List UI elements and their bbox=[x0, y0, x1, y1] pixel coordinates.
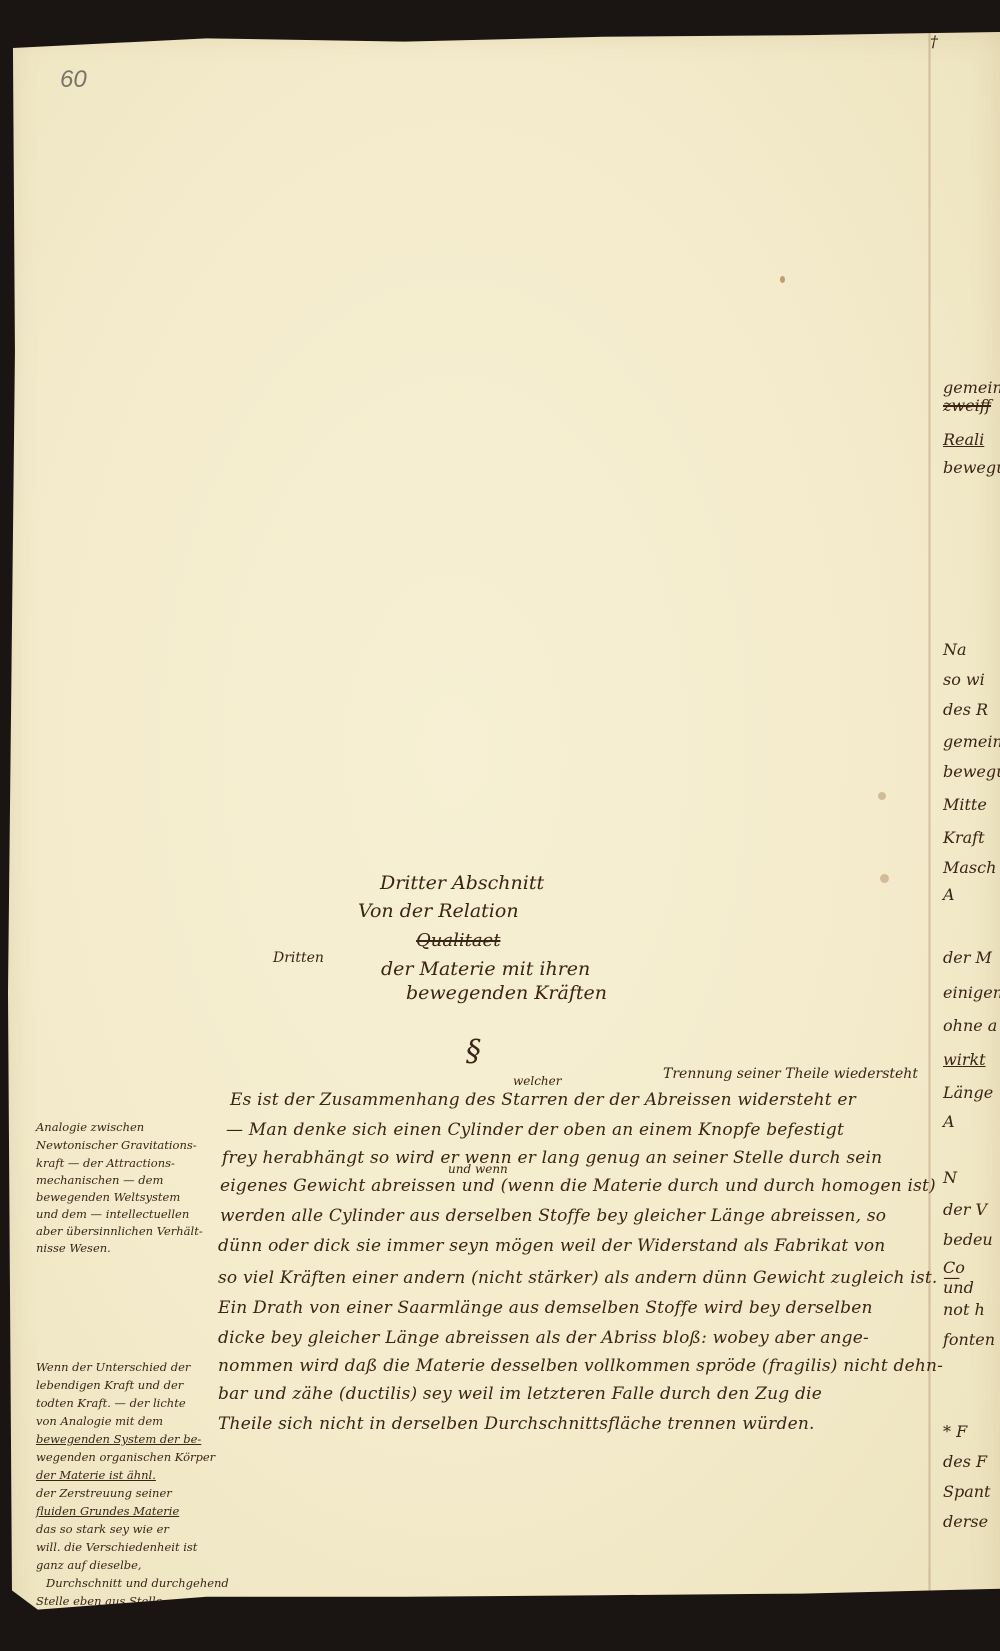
margin-line: will. die Verschiedenheit ist bbox=[36, 1542, 197, 1554]
margin-line: kraft — der Attractions- bbox=[36, 1158, 175, 1170]
right-page-text-fragment: so wi bbox=[943, 670, 985, 689]
heading-struck-word: Qualitaet bbox=[416, 930, 500, 951]
heading-line-2: Von der Relation bbox=[358, 900, 519, 922]
right-page-text-fragment: derse bbox=[943, 1512, 988, 1531]
heading-line-1: Dritter Abschnitt bbox=[380, 872, 544, 894]
margin-line: bewegenden Weltsystem bbox=[36, 1192, 180, 1204]
margin-line: schwer der Figur zu ändern bbox=[36, 1614, 199, 1626]
right-page-text-fragment: des F bbox=[943, 1452, 987, 1471]
right-page-text-fragment: not h bbox=[943, 1300, 985, 1319]
folio-number: 60 bbox=[60, 66, 87, 94]
right-page-text-fragment: fonten bbox=[943, 1330, 995, 1349]
body-line: werden alle Cylinder aus derselben Stoff… bbox=[220, 1206, 886, 1226]
right-page-text-fragment: gemein bbox=[943, 732, 1000, 751]
heading-side-label: Dritten bbox=[273, 950, 324, 966]
margin-line: ganz auf dieselbe, bbox=[36, 1560, 142, 1572]
right-page-text-fragment: und bbox=[943, 1278, 974, 1297]
right-page-text-fragment: gemein bbox=[943, 378, 1000, 397]
body-line: — Man denke sich einen Cylinder der oben… bbox=[226, 1120, 844, 1140]
heading-line-5: bewegenden Kräften bbox=[406, 982, 607, 1004]
right-page-mark: † bbox=[930, 32, 938, 51]
margin-line: bewegenden System der be- bbox=[36, 1434, 201, 1446]
insertion: Trennung seiner Theile wiedersteht bbox=[663, 1066, 918, 1082]
right-page-text-fragment: Kraft bbox=[943, 828, 985, 847]
right-page-text-fragment: Reali bbox=[943, 430, 984, 449]
right-page-text-fragment: einigen bbox=[943, 983, 1000, 1002]
heading-line-4: der Materie mit ihren bbox=[381, 958, 590, 980]
page-fold bbox=[928, 32, 931, 1632]
right-page-text-fragment: A bbox=[943, 885, 955, 904]
margin-line: Wenn der Unterschied der bbox=[36, 1362, 190, 1374]
margin-line: Durchschnitt und durchgehend bbox=[46, 1578, 229, 1590]
insertion: welcher bbox=[513, 1074, 562, 1088]
body-line: eigenes Gewicht abreissen und (wenn die … bbox=[220, 1176, 936, 1196]
stain bbox=[878, 792, 886, 800]
right-page-text-fragment: Mitte bbox=[943, 795, 987, 814]
manuscript-page: 60 † Dritter Abschnitt Von der Relation … bbox=[8, 32, 1000, 1632]
margin-line: fluiden Grundes Materie bbox=[36, 1506, 179, 1518]
right-page-text-fragment: bewegu bbox=[943, 458, 1000, 477]
body-line: dicke bey gleicher Länge abreissen als d… bbox=[218, 1328, 869, 1348]
margin-line: und dem — intellectuellen bbox=[36, 1209, 189, 1221]
section-symbol: § bbox=[466, 1034, 481, 1069]
stain bbox=[880, 874, 889, 883]
margin-line: Stelle eben aus Stelle bbox=[36, 1596, 162, 1608]
right-page-text-fragment: wirkt bbox=[943, 1050, 986, 1069]
right-page-text-fragment: Länge bbox=[943, 1083, 993, 1102]
right-page-text-fragment: zweiff bbox=[943, 396, 991, 415]
right-page-text-fragment: bewegu bbox=[943, 762, 1000, 781]
margin-line: Analogie zwischen bbox=[36, 1122, 144, 1134]
body-line: Theile sich nicht in derselben Durchschn… bbox=[218, 1414, 815, 1434]
margin-line: der Zerstreuung seiner bbox=[36, 1488, 172, 1500]
right-page-text-fragment: * F bbox=[943, 1422, 967, 1441]
ink-spot bbox=[780, 276, 785, 283]
right-page-text-fragment: N bbox=[943, 1168, 957, 1187]
margin-line: wegenden organischen Körper bbox=[36, 1452, 215, 1464]
body-line: Ein Drath von einer Saarmlänge aus demse… bbox=[218, 1298, 873, 1318]
margin-line: aber übersinnlichen Verhält- bbox=[36, 1226, 203, 1238]
right-page-text-fragment: Na bbox=[943, 640, 967, 659]
right-page-text-fragment: der V bbox=[943, 1200, 987, 1219]
margin-line: der Materie ist ähnl. bbox=[36, 1470, 156, 1482]
right-page-text-fragment: Co bbox=[943, 1258, 965, 1277]
margin-line: Newtonischer Gravitations- bbox=[36, 1140, 197, 1152]
right-page-text-fragment: ohne a bbox=[943, 1016, 997, 1035]
margin-line: lebendigen Kraft und der bbox=[36, 1380, 183, 1392]
body-line: frey herabhängt so wird er wenn er lang … bbox=[222, 1148, 882, 1168]
body-line: Es ist der Zusammenhang des Starren der … bbox=[230, 1090, 856, 1110]
margin-line: nisse Wesen. bbox=[36, 1243, 111, 1255]
margin-line: das so stark sey wie er bbox=[36, 1524, 169, 1536]
right-page-text-fragment: A bbox=[943, 1112, 955, 1131]
margin-line: von Analogie mit dem bbox=[36, 1416, 163, 1428]
body-line: bar und zähe (ductilis) sey weil im letz… bbox=[218, 1384, 822, 1404]
right-page-text-fragment: der M bbox=[943, 948, 992, 967]
margin-line: todten Kraft. — der lichte bbox=[36, 1398, 186, 1410]
margin-line: mechanischen — dem bbox=[36, 1175, 163, 1187]
body-line: dünn oder dick sie immer seyn mögen weil… bbox=[218, 1236, 885, 1256]
right-page-text-fragment: Spant bbox=[943, 1482, 990, 1501]
right-page-text-fragment: Masch bbox=[943, 858, 996, 877]
body-line: nommen wird daß die Materie desselben vo… bbox=[218, 1356, 943, 1376]
body-line: so viel Kräften einer andern (nicht stär… bbox=[218, 1268, 960, 1288]
right-page-text-fragment: des R bbox=[943, 700, 988, 719]
right-page-text-fragment: bedeu bbox=[943, 1230, 993, 1249]
